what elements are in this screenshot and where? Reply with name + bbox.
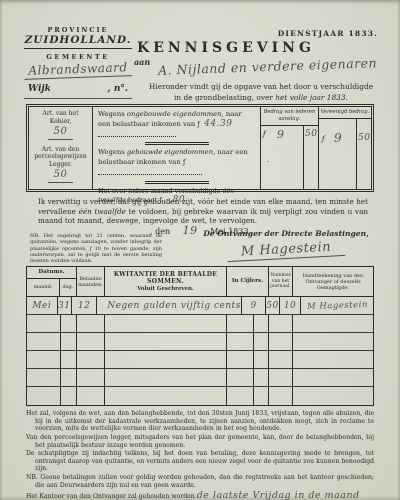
cell-kwitantie-voluit	[105, 333, 227, 350]
datums-subheaders: maand. dag.	[27, 279, 76, 296]
vereenigd-column: Vereenigd bedrag. ƒ 9 50	[319, 107, 371, 189]
kantoor-handwritten: de laatste Vrijdag in de maand	[197, 490, 360, 500]
cell-gulden	[227, 351, 254, 368]
maand-handwritten: Mei	[32, 301, 51, 311]
cell-betaalde-maanden	[77, 333, 105, 350]
cell-cents	[254, 387, 269, 405]
cell-signature: M Hagestein	[301, 297, 373, 314]
bedrag-guilders-handwritten: 9	[277, 128, 285, 141]
header-maand: maand.	[27, 279, 60, 296]
receiver-block: De Ontvanger der Directe Belastingen, M …	[196, 229, 376, 259]
vereenigd-header: Vereenigd bedrag.	[319, 107, 371, 119]
cell-maand	[27, 315, 61, 332]
aan-label: aan	[134, 57, 150, 67]
cell-journaal-nummer: 10	[280, 297, 302, 314]
cell-kwitantie-voluit	[105, 387, 227, 405]
betaalde-handwritten: 12	[78, 301, 90, 311]
kantoor-text: Het Kantoor van den Ontvanger zal gehoud…	[26, 493, 195, 500]
cell-journaal-nummer	[269, 333, 293, 350]
footer-paragraph-reclame: Het zal, volgens de wet, aan den belangh…	[26, 410, 374, 433]
wijk-row: Wijk , n°.	[24, 84, 132, 99]
cell-kwitantie-voluit	[105, 369, 227, 386]
row-signature-handwritten: M Hagestein	[307, 299, 368, 311]
cell-betaalde-maanden	[77, 351, 105, 368]
bedrag-column: Bedrag van iederen aanslag. ƒ 9 . 50	[261, 107, 319, 189]
notice-emphasis: één twaalfde	[79, 207, 126, 216]
bedrag-cents-cell: 50	[303, 126, 318, 190]
stamp-duty-note: NB. Het zegelregt tot 21 centen, waaraan…	[30, 233, 162, 264]
cell-journaal-nummer	[269, 351, 293, 368]
description-column: Wegens ongebouwde eigendommen, naar een …	[93, 107, 261, 189]
cell-cents	[254, 333, 269, 350]
cell-journaal-nummer	[269, 387, 293, 405]
header-left: PROVINCIE ZUIDHOLLAND. GEMEENTE Albrands…	[24, 26, 132, 99]
dag-handwritten: 31	[58, 301, 70, 311]
row1-emphasis: ongebouwde eigendommen,	[127, 110, 224, 118]
row1-income-handwritten: 44.39	[204, 119, 232, 129]
cell-dag	[61, 315, 77, 332]
wijk-number-suffix: , n°.	[108, 84, 128, 94]
intro-line2: in de grondbelasting, over	[174, 93, 275, 102]
row-ongebouwde-eigendommen: Wegens ongebouwde eigendommen, naar een …	[98, 110, 255, 139]
footer-paragraph-kantoor: Het Kantoor van den Ontvanger zal gehoud…	[26, 490, 374, 500]
cell-maand	[27, 369, 61, 386]
header-betaalde-maanden: Betaalde maanden.	[77, 267, 105, 296]
cents-handwritten: 50	[266, 301, 278, 311]
footer-paragraph-schatpligtige: De schatpligtige zij indachtig telkens, …	[26, 450, 374, 473]
payment-table-header: Datums. maand. dag. Betaalde maanden. KW…	[27, 267, 373, 297]
divider	[145, 181, 209, 184]
cell-signature	[293, 315, 373, 332]
header-handteekening: Handteekening van den Ontvanger of desze…	[293, 267, 373, 296]
province-label: PROVINCIE	[24, 26, 132, 34]
florin-sign: ƒ	[263, 130, 266, 138]
cell-dag	[61, 387, 77, 405]
cell-gulden	[227, 387, 254, 405]
payment-notice-paragraph: Ik verwittig u verder, dat gij gehouden …	[38, 197, 368, 226]
legger-value-handwritten: 50	[48, 169, 74, 183]
footer-paragraph-nb-betalingen: NB. Geene betalingen zullen voor geldig …	[26, 474, 374, 489]
header-kwitantie: KWITANTIE DER BETAALDE SOMMEN. Voluit Ge…	[105, 267, 227, 296]
article-column: Art. van het Kohier, 50 Art. van den per…	[29, 107, 93, 189]
bedrag-body: ƒ 9 . 50	[261, 126, 318, 190]
header-datums: Datums. maand. dag.	[27, 267, 77, 296]
bedrag-guilders-cell: ƒ 9 .	[261, 126, 303, 190]
dotted-leader	[98, 131, 176, 137]
header-journaal-nummer: Nummer van het journaal.	[269, 267, 293, 296]
dotted-leader	[98, 169, 202, 175]
payment-row-empty	[27, 387, 373, 405]
cell-maand	[27, 333, 61, 350]
intro-text: Hieronder vindt gij de opgave van het do…	[146, 82, 376, 103]
cell-gulden	[227, 315, 254, 332]
payment-row-empty	[27, 315, 373, 333]
bedrag-header: Bedrag van iederen aanslag.	[261, 107, 318, 126]
cell-cents	[254, 369, 269, 386]
footer-paragraph-legger-inzage: Van den perceelsgewijzen legger, mitsgad…	[26, 434, 374, 449]
row-gebouwde-eigendommen: Wegens gebouwde eigendommen, naar een be…	[98, 148, 255, 177]
divider	[145, 142, 209, 145]
wijk-label: Wijk	[28, 84, 51, 94]
assessment-table: Art. van het Kohier, 50 Art. van den per…	[26, 104, 374, 192]
nummer-handwritten: 10	[284, 301, 296, 311]
gulden-handwritten: 9	[250, 301, 256, 311]
cell-cents: 50	[266, 297, 280, 314]
cell-signature	[293, 387, 373, 405]
kwitantie-title: KWITANTIE DER BETAALDE SOMMEN.	[106, 271, 225, 285]
cell-betaalde-maanden	[77, 315, 105, 332]
payment-row-filled: Mei 31 12 Negen gulden vijftig cents 9 5…	[27, 297, 373, 315]
cell-gulden	[227, 333, 254, 350]
payment-row-empty	[27, 333, 373, 351]
florin-sign: ƒ	[322, 135, 325, 143]
cell-kwitantie-voluit: Negen gulden vijftig cents	[97, 297, 242, 314]
cell-kwitantie-voluit	[105, 315, 227, 332]
gemeente-handwritten-value: Albrandswaard	[24, 60, 132, 80]
receiver-title: De Ontvanger der Directe Belastingen,	[196, 229, 376, 238]
cell-signature	[293, 351, 373, 368]
bedrag-cents-handwritten: 50	[305, 129, 317, 139]
cell-betaalde-maanden	[77, 369, 105, 386]
cell-journaal-nummer	[269, 369, 293, 386]
cell-cents	[254, 315, 269, 332]
cell-betaalde-maanden: 12	[72, 297, 97, 314]
intro-line1: Hieronder vindt gij de opgave van het do…	[149, 82, 373, 91]
cell-dag: 31	[58, 297, 72, 314]
vereenigd-cents-handwritten: 50	[358, 133, 370, 143]
kohier-label: Art. van het Kohier,	[31, 110, 90, 125]
receiver-signature: M Hagestein	[227, 239, 346, 262]
legger-label: Art. van den perceelsgewijzen Legger.	[31, 146, 90, 169]
row2-text: Wegens	[98, 148, 127, 156]
cell-gulden	[227, 369, 254, 386]
payment-table: Datums. maand. dag. Betaalde maanden. KW…	[26, 266, 374, 406]
dienstjaar-label: DIENSTJAAR 1833.	[278, 29, 378, 38]
datums-title: Datums.	[27, 267, 76, 279]
row3-text: Het over iedere maand verschuldigde	[98, 187, 222, 195]
cell-signature	[293, 333, 373, 350]
payment-row-empty	[27, 369, 373, 387]
row2-emphasis: gebouwde eigendommen,	[127, 148, 215, 156]
vereenigd-guilders-handwritten: 9	[334, 131, 342, 145]
kohier-value-handwritten: 50	[48, 126, 74, 140]
document-title: KENNISGEVING	[128, 40, 324, 56]
row1-text: Wegens	[98, 110, 127, 118]
addressee-handwritten-name: A. Nijland en verdere eigenaren	[158, 55, 377, 78]
cell-dag	[61, 333, 77, 350]
vereenigd-cents-cell: 50	[356, 119, 371, 189]
intro-line2-emphasis: het volle jaar 1833.	[275, 93, 348, 102]
kennisgeving-document: PROVINCIE ZUIDHOLLAND. GEMEENTE Albrands…	[0, 0, 400, 500]
cell-journaal-nummer	[269, 315, 293, 332]
province-name: ZUIDHOLLAND.	[24, 34, 132, 49]
cell-kwitantie-voluit	[105, 351, 227, 368]
cell-cents	[254, 351, 269, 368]
cell-maand	[27, 351, 61, 368]
footer-notes: Het zal, volgens de wet, aan den belangh…	[26, 410, 374, 500]
addressee-row: aan A. Nijland en verdere eigenaren	[134, 57, 378, 74]
cell-dag	[61, 369, 77, 386]
cell-maand	[27, 387, 61, 405]
payment-row-empty	[27, 351, 373, 369]
bedrag-row2-ditto-mark: .	[267, 156, 269, 164]
cell-betaalde-maanden	[77, 387, 105, 405]
cell-signature	[293, 369, 373, 386]
cell-dag	[61, 351, 77, 368]
vereenigd-guilders-cell: ƒ 9	[319, 119, 356, 189]
voluit-handwritten: Negen gulden vijftig cents	[107, 301, 241, 311]
cell-gulden: 9	[242, 297, 266, 314]
vereenigd-body: ƒ 9 50	[319, 119, 371, 189]
kwitantie-subtitle: Voluit Geschreven.	[106, 286, 225, 292]
header-in-cijfers: In Cijfers.	[227, 267, 269, 296]
header-dag: dag.	[60, 279, 76, 296]
cell-maand: Mei	[27, 297, 58, 314]
